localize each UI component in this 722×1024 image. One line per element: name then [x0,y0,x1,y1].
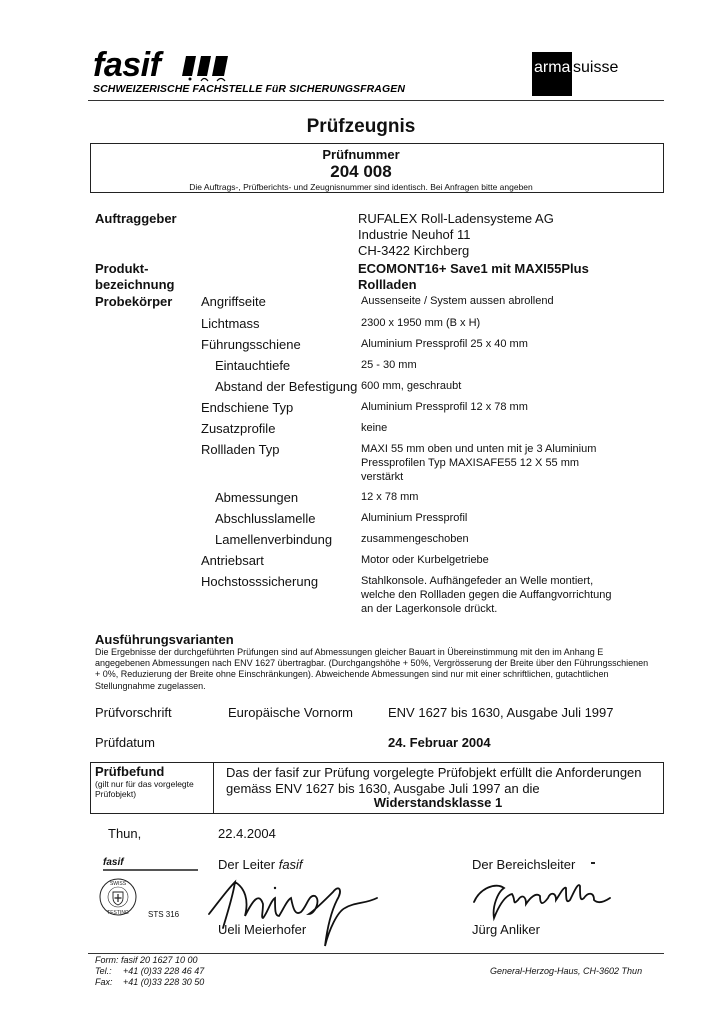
spec-value-abschlusslamelle: Aluminium Pressprofil [361,512,467,525]
footer-address: General-Herzog-Haus, CH-3602 Thun [490,966,642,977]
spec-key-abstand: Abstand der Befestigung [215,379,357,394]
left-signer-name: Ueli Meierhofer [218,922,306,937]
sign-date: 22.4.2004 [218,826,276,841]
product-label-line1: Produkt- [95,261,148,276]
mark-dash [591,862,595,864]
armasuisse-logo-light: suisse [573,59,618,77]
spec-value-fuehrungsschiene: Aluminium Pressprofil 25 x 40 mm [361,338,528,351]
resistance-class: Widerstandsklasse 1 [214,795,662,810]
footer-form: Form: fasif 20 1627 10 00 [95,955,198,966]
svg-text:TESTING: TESTING [107,910,129,916]
fasif-subtitle: SCHWEIZERISCHE FACHSTELLE FüR SICHERUNGS… [93,83,405,95]
spec-key-abschlusslamelle: Abschlusslamelle [215,511,315,526]
spec-value-hochstoss-line2: welche den Rollladen gegen die Auffangvo… [361,589,612,602]
spec-value-eintauchtiefe: 25 - 30 mm [361,359,417,372]
spec-value-lamellenverbindung: zusammengeschoben [361,533,469,546]
spec-key-antriebsart: Antriebsart [201,553,264,568]
sign-place: Thun, [108,826,141,841]
test-number-note: Die Auftrags-, Prüfberichts- und Zeugnis… [0,182,722,192]
spec-key-lichtmass: Lichtmass [201,316,260,331]
variants-text: Die Ergebnisse der durchgeführten Prüfun… [95,647,655,692]
client-city: CH-3422 Kirchberg [358,243,469,259]
footer-tel: +41 (0)33 228 46 47 [123,966,204,977]
client-label: Auftraggeber [95,211,177,226]
product-value-line2: Rollladen [358,277,417,293]
spec-value-zusatzprofile: keine [361,422,387,435]
spec-key-rollladen-typ: Rollladen Typ [201,442,280,457]
spec-value-rollladen-typ-line2: Pressprofilen Typ MAXISAFE55 12 X 55 mm [361,457,579,470]
signature-anliker-icon [470,878,620,928]
result-text: Das der fasif zur Prüfung vorgelegte Prü… [226,765,662,796]
result-text-line2: gemäss ENV 1627 bis 1630, Ausgabe Juli 1… [226,781,662,797]
footer-tel-label: Tel.: [95,966,112,977]
spec-key-abmessungen: Abmessungen [215,490,298,505]
specimen-label: Probekörper [95,294,172,309]
result-title: Prüfbefund [95,764,164,779]
spec-value-lichtmass: 2300 x 1950 mm (B x H) [361,317,480,330]
spec-key-angriffseite: Angriffseite [201,294,266,309]
test-date-label: Prüfdatum [95,735,155,750]
client-street: Industrie Neuhof 11 [358,227,471,243]
spec-value-rollladen-typ-line1: MAXI 55 mm oben und unten mit je 3 Alumi… [361,443,596,456]
test-spec-type: Europäische Vornorm [228,705,353,720]
result-text-line1: Das der fasif zur Prüfung vorgelegte Prü… [226,765,662,781]
spec-value-angriffseite: Aussenseite / System aussen abrollend [361,295,554,308]
spec-value-abmessungen: 12 x 78 mm [361,491,418,504]
fasif-logo: fasif [93,48,160,82]
spec-key-endschiene: Endschiene Typ [201,400,293,415]
spec-value-antriebsart: Motor oder Kurbelgetriebe [361,554,489,567]
right-signer-name: Jürg Anliker [472,922,540,937]
stamp-fasif-logo: fasif [103,857,124,868]
spec-key-lamellenverbindung: Lamellenverbindung [215,532,332,547]
test-number-value: 204 008 [0,162,722,182]
test-spec-label: Prüfvorschrift [95,705,172,720]
svg-text:SWISS: SWISS [110,881,127,887]
stamp-logo-underline [103,869,198,871]
signature-meierhofer-icon [205,870,380,950]
test-number-label: Prüfnummer [0,147,722,162]
test-spec-value: ENV 1627 bis 1630, Ausgabe Juli 1997 [388,705,614,720]
product-label-line2: bezeichnung [95,277,174,292]
footer-divider [88,953,664,954]
spec-value-rollladen-typ-line3: verstärkt [361,471,403,484]
test-date-value: 24. Februar 2004 [388,735,491,750]
fasif-logo-mark-icon [182,56,232,82]
spec-value-hochstoss-line3: an der Lagerkonsole drückt. [361,603,497,616]
spec-key-eintauchtiefe: Eintauchtiefe [215,358,290,373]
spec-key-fuehrungsschiene: Führungsschiene [201,337,301,352]
spec-value-abstand: 600 mm, geschraubt [361,380,461,393]
spec-value-hochstoss-line1: Stahlkonsole. Aufhängefeder an Welle mon… [361,575,593,588]
right-signer-title: Der Bereichsleiter [472,857,575,872]
variants-title: Ausführungsvarianten [95,632,234,647]
armasuisse-logo-dark: arma [534,59,570,77]
result-note: (gilt nur für das vorgelegte Prüfobjekt) [95,779,213,799]
client-name: RUFALEX Roll-Ladensysteme AG [358,211,554,227]
footer-fax-label: Fax: [95,977,113,988]
swiss-testing-seal-icon: SWISS TESTING [98,877,138,917]
document-title: Prüfzeugnis [0,116,722,138]
sts-number: STS 316 [148,910,179,919]
footer-fax: +41 (0)33 228 30 50 [123,977,204,988]
product-value-line1: ECOMONT16+ Save1 mit MAXI55Plus [358,261,589,277]
spec-key-zusatzprofile: Zusatzprofile [201,421,275,436]
spec-value-endschiene: Aluminium Pressprofil 12 x 78 mm [361,401,528,414]
spec-key-hochstosssicherung: Hochstosssicherung [201,574,318,589]
header-divider [88,100,664,101]
